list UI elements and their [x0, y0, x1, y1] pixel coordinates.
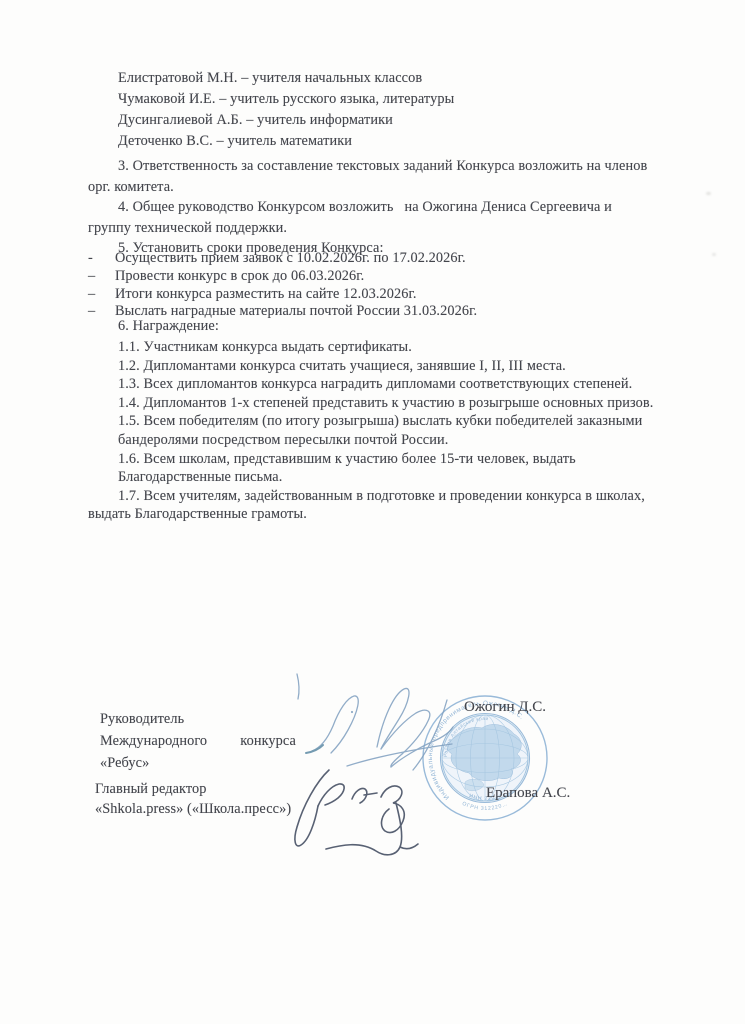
body-paragraphs: 3. Ответственность за составление тексто…: [88, 156, 654, 259]
award-item-1-5: 1.5. Всем победителям (по итогу розыгрыш…: [88, 412, 654, 449]
signature-ozhogin: [297, 674, 453, 770]
awards-list: 1.1. Участникам конкурса выдать сертифик…: [88, 338, 654, 524]
award-item-1-7: 1.7. Всем учителям, задействованным в по…: [88, 487, 654, 524]
role-line: Главный редактор: [95, 779, 291, 799]
deadline-text: Осуществить прием заявок с 10.02.2026г. …: [115, 250, 466, 266]
award-item-1-6: 1.6. Всем школам, представившим к участи…: [88, 450, 654, 487]
paragraph-4: 4. Общее руководство Конкурсом возложить…: [88, 197, 654, 238]
dash-marker: –: [88, 268, 95, 286]
dash-marker: –: [88, 303, 95, 321]
teachers-list: Елистратовой М.Н. – учителя начальных кл…: [118, 68, 454, 152]
award-item-1-1: 1.1. Участникам конкурса выдать сертифик…: [88, 338, 654, 357]
award-item-1-4: 1.4. Дипломантов 1-х степеней представит…: [88, 394, 654, 413]
dash-marker: -: [88, 250, 93, 268]
deadline-text: Выслать наградные материалы почтой Росси…: [115, 303, 477, 319]
signer-name-erapova: Ерапова А.С.: [486, 785, 570, 802]
scan-speck: [706, 192, 711, 195]
deadline-item: - Осуществить прием заявок с 10.02.2026г…: [88, 250, 654, 268]
role-line: Руководитель: [100, 708, 296, 730]
deadline-item: – Итоги конкурса разместить на сайте 12.…: [88, 286, 654, 304]
teacher-line: Чумаковой И.Е. – учитель русского языка,…: [118, 89, 454, 110]
award-item-1-2: 1.2. Дипломантами конкурса считать учащи…: [88, 357, 654, 376]
teacher-line: Дусингалиевой А.Б. – учитель информатики: [118, 110, 454, 131]
teacher-line: Деточенко В.С. – учитель математики: [118, 131, 454, 152]
signature-erapova: [295, 770, 418, 855]
award-item-1-3: 1.3. Всех дипломантов конкурса наградить…: [88, 375, 654, 394]
scan-speck: [712, 253, 716, 256]
scanned-document-page: Елистратовой М.Н. – учителя начальных кл…: [0, 0, 745, 1024]
role-line: Международного конкурса: [100, 730, 296, 752]
deadline-text: Провести конкурс в срок до 06.03.2026г.: [115, 268, 364, 284]
deadline-item: – Провести конкурс в срок до 06.03.2026г…: [88, 268, 654, 286]
awards-heading: 6. Награждение:: [118, 318, 219, 335]
paragraph-3: 3. Ответственность за составление тексто…: [88, 156, 654, 197]
signer-name-ozhogin: Ожогин Д.С.: [464, 699, 546, 716]
deadline-text: Итоги конкурса разместить на сайте 12.03…: [115, 286, 417, 302]
dash-marker: –: [88, 286, 95, 304]
role-line: «Ребус»: [100, 752, 296, 774]
deadlines-list: - Осуществить прием заявок с 10.02.2026г…: [88, 250, 654, 321]
signatory-role-1: Руководитель Международного конкурса «Ре…: [100, 708, 296, 774]
signatures-layer: [280, 650, 465, 865]
signatory-role-2: Главный редактор «Shkola.press» («Школа.…: [95, 779, 291, 819]
teacher-line: Елистратовой М.Н. – учителя начальных кл…: [118, 68, 454, 89]
role-line: «Shkola.press» («Школа.пресс»): [95, 799, 291, 819]
